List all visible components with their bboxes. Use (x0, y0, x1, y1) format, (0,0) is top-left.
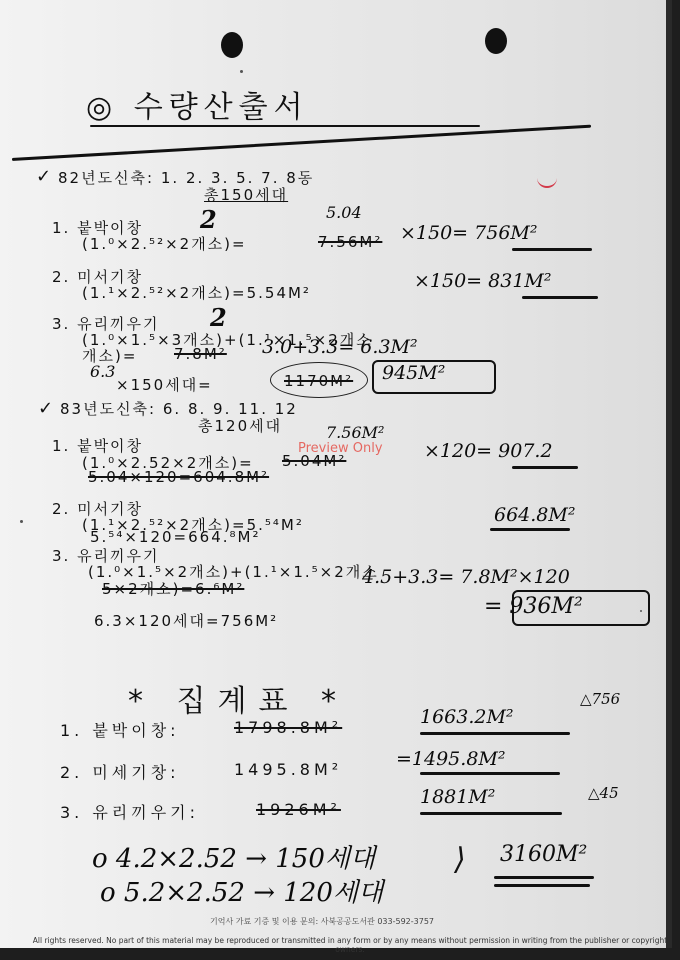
struck-value: 5.04M² (282, 452, 346, 470)
bracket-mark: ⟩ (454, 842, 466, 877)
hand-calc: ×150= 756M² (400, 222, 537, 244)
underline (522, 296, 598, 299)
summary-struck-value: 1798.8M² (234, 718, 342, 737)
handwritten-line: o 5.2×2.52 → 120세대 (100, 872, 383, 909)
copyright-notice: All rights reserved. No part of this mat… (30, 936, 670, 954)
hand-note: 7.56M² (326, 423, 384, 442)
item-formula: (1.¹×2.⁵²×2개소)=5.54M² (82, 282, 311, 303)
item-line2: 5.⁵⁴×120=664.⁸M² (90, 528, 260, 546)
summary-note: △45 (588, 784, 619, 802)
underline (490, 528, 570, 531)
punch-hole-left (221, 32, 243, 58)
scan-speck (640, 610, 642, 612)
struck-value: 7.8M² (174, 345, 227, 363)
struck-value: 1170M² (284, 372, 353, 390)
total-line-text: 6.3×120세대=756M² (94, 610, 278, 631)
hand-mark: 2 (210, 303, 227, 332)
hand-calc: 3.0+3.3= 6.3M² (262, 336, 418, 358)
handwritten-line: o 4.2×2.52 → 150세대 (92, 838, 375, 875)
struck-line: 5×2개소)=6.⁶M² (102, 578, 244, 599)
red-check-mark (537, 176, 557, 188)
section-1982-subheader: 총150세대 (204, 184, 288, 205)
scan-speck (20, 520, 23, 523)
title-underline (90, 125, 480, 127)
hand-mark: 2 (200, 205, 217, 234)
underline (420, 772, 560, 775)
struck-line: 5.04×120=604.8M² (88, 468, 269, 486)
hand-boxed: = 936M² (484, 594, 583, 619)
summary-value: 1495.8M² (234, 760, 342, 779)
hand-calc: ×120= 907.2 (424, 440, 553, 462)
check-icon: ✓ (36, 166, 51, 187)
archive-stamp: 기억사 가료 기증 및 이용 문의: 사북공공도서관 033-592-3757 (210, 916, 434, 927)
document-title: ◎ 수량산출서 (86, 82, 309, 126)
section-1983-subheader: 총120세대 (198, 415, 282, 436)
underline (494, 876, 594, 879)
scanned-document-page: ◎ 수량산출서 ✓ 82년도신축: 1. 2. 3. 5. 7. 8동 총150… (0, 0, 672, 948)
hand-boxed: 945M² (382, 362, 445, 384)
summary-label: 3. 유리끼우기: (60, 800, 199, 823)
underline (420, 812, 562, 815)
handwritten-total: 3160M² (500, 842, 587, 867)
summary-label: 1. 붙박이창: (60, 718, 180, 741)
scan-speck (240, 70, 243, 73)
check-icon: ✓ (38, 398, 53, 419)
struck-value: 7.56M² (318, 233, 382, 251)
summary-note: △756 (580, 690, 620, 708)
hand-prefix: 6.3 (90, 362, 115, 381)
summary-label: 2. 미세기창: (60, 760, 180, 783)
summary-hand-value: =1495.8M² (396, 748, 505, 770)
summary-struck-value: 1926M² (256, 800, 341, 819)
underline (494, 884, 590, 887)
item-formula: (1.⁰×2.⁵²×2개소)= (82, 233, 247, 254)
underline (512, 466, 578, 469)
hand-calc: 4.5+3.3= 7.8M²×120 (362, 566, 570, 588)
summary-title: * 집계표 * (128, 676, 348, 720)
summary-hand-value: 1663.2M² (420, 706, 514, 728)
hand-calc: 664.8M² (494, 504, 575, 526)
summary-hand-value: 1881M² (420, 786, 495, 808)
total-line-text: ×150세대= (116, 374, 213, 395)
title-diagonal-line (12, 125, 591, 161)
hand-calc: ×150= 831M² (414, 270, 551, 292)
underline (512, 248, 592, 251)
hand-note: 5.04 (326, 203, 362, 222)
punch-hole-right (485, 28, 507, 54)
underline (420, 732, 570, 735)
